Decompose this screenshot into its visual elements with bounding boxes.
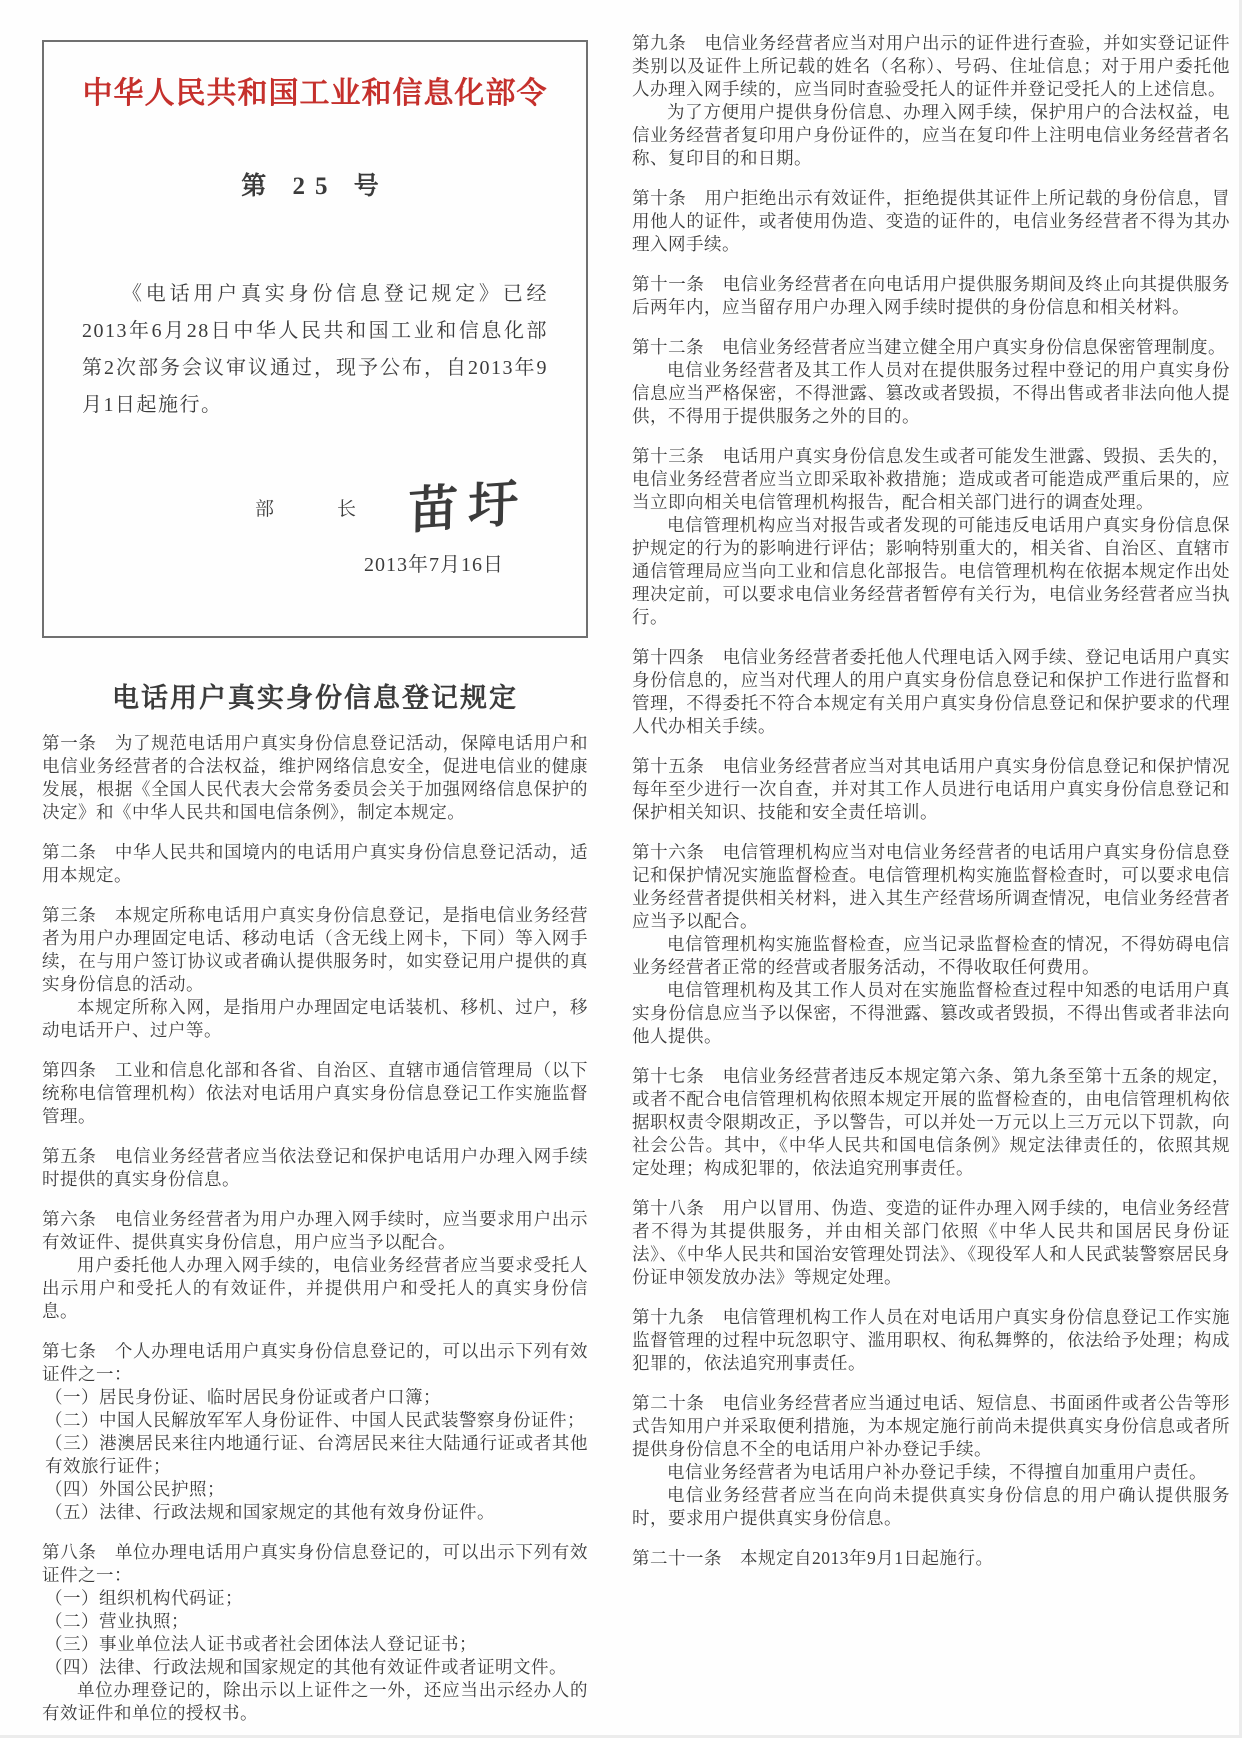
ministry-order-box: 中华人民共和国工业和信息化部令 第 25 号 《电话用户真实身份信息登记规定》已… [42,40,588,638]
regulation-paragraph: 第二十条 电信业务经营者应当通过电话、短信息、书面函件或者公告等形式告知用户并采… [632,1392,1230,1461]
regulation-paragraph: 第十二条 电信业务经营者应当建立健全用户真实身份信息保密管理制度。 [632,336,1230,359]
regulation-paragraph: （三）港澳居民来往内地通行证、台湾居民来往大陆通行证或者其他有效旅行证件； [42,1432,588,1478]
regulation-paragraph: （一）组织机构代码证； [42,1587,588,1610]
regulation-paragraph: 第三条 本规定所称电话用户真实身份信息登记，是指电信业务经营者为用户办理固定电话… [42,904,588,996]
regulation-paragraph: 电信管理机构及其工作人员对在实施监督检查过程中知悉的电话用户真实身份信息应当予以… [632,979,1230,1048]
regulation-paragraph: 第十一条 电信业务经营者在向电话用户提供服务期间及终止向其提供服务后两年内，应当… [632,273,1230,319]
regulation-paragraph: （五）法律、行政法规和国家规定的其他有效身份证件。 [42,1501,588,1524]
regulation-paragraph: 第七条 个人办理电话用户真实身份信息登记的，可以出示下列有效证件之一： [42,1340,588,1386]
document-page: 中华人民共和国工业和信息化部令 第 25 号 《电话用户真实身份信息登记规定》已… [0,0,1242,1738]
regulation-paragraph: （四）法律、行政法规和国家规定的其他有效证件或者证明文件。 [42,1656,588,1679]
regulation-paragraph: 第九条 电信业务经营者应当对用户出示的证件进行查验，并如实登记证件类别以及证件上… [632,32,1230,101]
regulation-paragraph: 电信业务经营者及其工作人员对在提供服务过程中登记的用户真实身份信息应当严格保密，… [632,359,1230,428]
regulation-paragraph: （二）营业执照； [42,1610,588,1633]
regulation-paragraph: 第十七条 电信业务经营者违反本规定第六条、第九条至第十五条的规定，或者不配合电信… [632,1065,1230,1180]
regulation-paragraph: 电信管理机构应当对报告或者发现的可能违反电话用户真实身份信息保护规定的行为的影响… [632,514,1230,629]
regulation-paragraph: 电信业务经营者应当在向尚未提供真实身份信息的用户确认提供服务时，要求用户提供真实… [632,1484,1230,1530]
order-number: 第 25 号 [68,166,562,202]
signature-date: 2013年7月16日 [68,548,562,577]
left-column-paragraphs: 第一条 为了规范电话用户真实身份信息登记活动，保障电话用户和电信业务经营者的合法… [42,732,588,1725]
signature-row: 部 长 苗圩 [68,482,562,532]
regulation-paragraph: 电信业务经营者为电话用户补办登记手续，不得擅自加重用户责任。 [632,1461,1230,1484]
regulation-paragraph: 第四条 工业和信息化部和各省、自治区、直辖市通信管理局（以下统称电信管理机构）依… [42,1059,588,1128]
regulation-paragraph: 第二十一条 本规定自2013年9月1日起施行。 [632,1547,1230,1570]
regulation-paragraph: 为了方便用户提供身份信息、办理入网手续，保护用户的合法权益，电信业务经营者复印用… [632,101,1230,170]
regulation-paragraph: 第二条 中华人民共和国境内的电话用户真实身份信息登记活动，适用本规定。 [42,841,588,887]
regulation-paragraph: 第十九条 电信管理机构工作人员在对电话用户真实身份信息登记工作实施监督管理的过程… [632,1306,1230,1375]
regulation-paragraph: 第十六条 电信管理机构应当对电信业务经营者的电话用户真实身份信息登记和保护情况实… [632,841,1230,933]
regulation-paragraph: 第十三条 电话用户真实身份信息发生或者可能发生泄露、毁损、丢失的，电信业务经营者… [632,445,1230,514]
regulation-paragraph: 第五条 电信业务经营者应当依法登记和保护电话用户办理入网手续时提供的真实身份信息… [42,1145,588,1191]
regulation-paragraph: （一）居民身份证、临时居民身份证或者户口簿； [42,1386,588,1409]
regulation-paragraph: 本规定所称入网，是指用户办理固定电话装机、移机、过户，移动电话开户、过户等。 [42,996,588,1042]
regulation-paragraph: 第十条 用户拒绝出示有效证件，拒绝提供其证件上所记载的身份信息，冒用他人的证件，… [632,187,1230,256]
signer-title: 部 长 [255,494,378,521]
regulation-paragraph: 第十四条 电信业务经营者委托他人代理电话入网手续、登记电话用户真实身份信息的，应… [632,646,1230,738]
right-column: 第九条 电信业务经营者应当对用户出示的证件进行查验，并如实登记证件类别以及证件上… [632,26,1230,1735]
ministry-order-title: 中华人民共和国工业和信息化部令 [68,76,562,112]
regulation-paragraph: 第六条 电信业务经营者为用户办理入网手续时，应当要求用户出示有效证件、提供真实身… [42,1208,588,1254]
regulation-paragraph: （二）中国人民解放军军人身份证件、中国人民武装警察身份证件； [42,1409,588,1432]
regulation-paragraph: 单位办理登记的，除出示以上证件之一外，还应当出示经办人的有效证件和单位的授权书。 [42,1679,588,1725]
regulation-paragraph: 用户委托他人办理入网手续的，电信业务经营者应当要求受托人出示用户和受托人的有效证… [42,1254,588,1323]
regulation-paragraph: 第十五条 电信业务经营者应当对其电话用户真实身份信息登记和保护情况每年至少进行一… [632,755,1230,824]
order-intro-paragraph: 《电话用户真实身份信息登记规定》已经2013年6月28日中华人民共和国工业和信息… [68,276,562,424]
regulation-paragraph: （三）事业单位法人证书或者社会团体法人登记证书； [42,1633,588,1656]
regulation-paragraph: 第一条 为了规范电话用户真实身份信息登记活动，保障电话用户和电信业务经营者的合法… [42,732,588,824]
regulation-paragraph: 第八条 单位办理电话用户真实身份信息登记的，可以出示下列有效证件之一： [42,1541,588,1587]
regulation-paragraph: 电信管理机构实施监督检查，应当记录监督检查的情况，不得妨碍电信业务经营者正常的经… [632,933,1230,979]
minister-signature: 苗圩 [408,478,529,537]
regulation-paragraph: 第十八条 用户以冒用、伪造、变造的证件办理入网手续的，电信业务经营者不得为其提供… [632,1197,1230,1289]
left-column: 中华人民共和国工业和信息化部令 第 25 号 《电话用户真实身份信息登记规定》已… [42,26,588,1735]
regulation-title: 电话用户真实身份信息登记规定 [42,676,588,715]
regulation-paragraph: （四）外国公民护照； [42,1478,588,1501]
